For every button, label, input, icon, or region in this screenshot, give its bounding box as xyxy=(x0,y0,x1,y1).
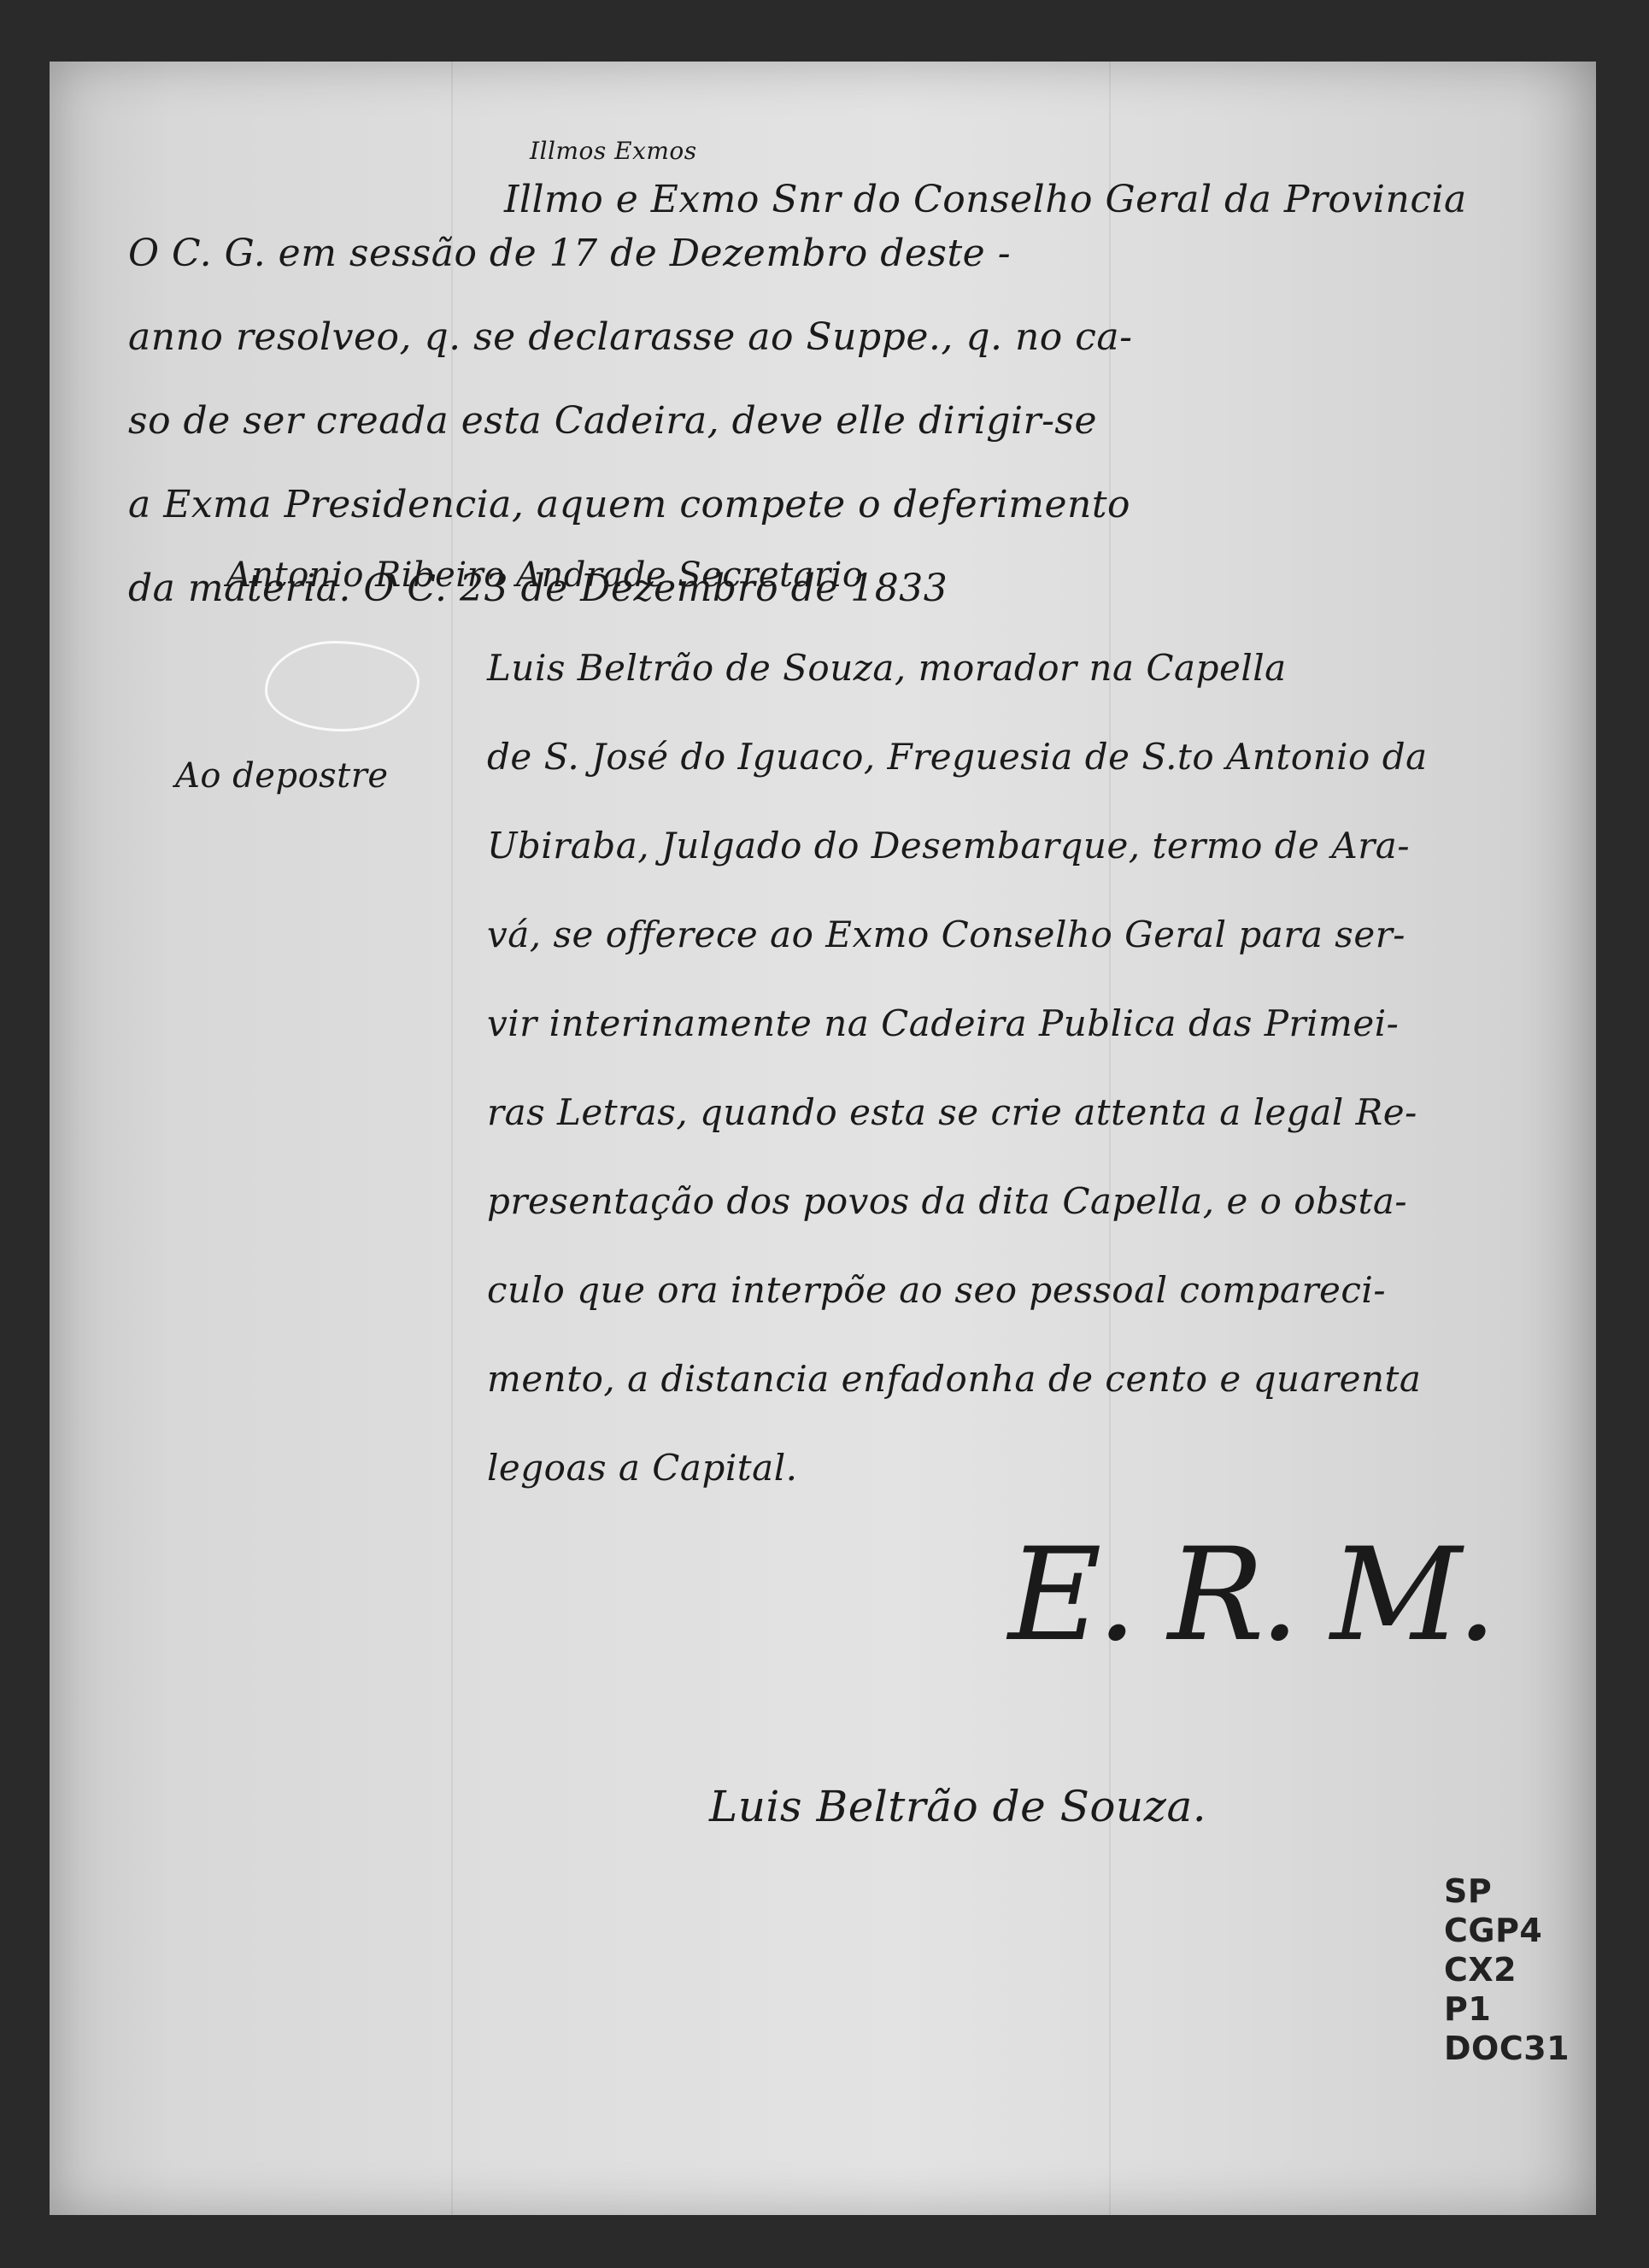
header-superscript: Illmos Exmos xyxy=(530,137,697,165)
archive-label-line: DOC31 xyxy=(1444,2029,1570,2068)
petition-line: vir interinamente na Cadeira Publica das… xyxy=(487,979,1428,1068)
petition-line: vá, se offerece ao Exmo Conselho Geral p… xyxy=(487,890,1428,979)
resolution-line: anno resolveo, q. se declarasse ao Suppe… xyxy=(128,296,1133,379)
archive-label-line: CX2 xyxy=(1444,1950,1570,1989)
petition-line: mento, a distancia enfadonha de cento e … xyxy=(487,1335,1428,1424)
petition-line: presentação dos povos da dita Capella, e… xyxy=(487,1157,1428,1246)
closing-monogram: E. R. M. xyxy=(1008,1521,1492,1670)
archive-label-line: CGP4 xyxy=(1444,1911,1570,1950)
secretary-signature: Antonio Ribeiro Andrade Secretario xyxy=(226,555,863,595)
archive-label-line: P1 xyxy=(1444,1989,1570,2029)
resolution-line: so de ser creada esta Cadeira, deve elle… xyxy=(128,379,1133,463)
petitioner-signature: Luis Beltrão de Souza. xyxy=(709,1782,1206,1831)
resolution-line: O C. G. em sessão de 17 de Dezembro dest… xyxy=(128,212,1133,296)
petition-line: ras Letras, quando esta se crie attenta … xyxy=(487,1068,1428,1157)
archive-label-line: SP xyxy=(1444,1871,1570,1911)
resolution-line: a Exma Presidencia, aquem compete o defe… xyxy=(128,463,1133,547)
margin-note: Ao depostre xyxy=(175,756,389,796)
petition-paragraph: Luis Beltrão de Souza, morador na Capell… xyxy=(487,624,1428,1513)
petition-line: de S. José do Iguaco, Freguesia de S.to … xyxy=(487,713,1428,802)
petition-line: Ubiraba, Julgado do Desembarque, termo d… xyxy=(487,802,1428,890)
petition-line: Luis Beltrão de Souza, morador na Capell… xyxy=(487,624,1428,713)
petition-line: legoas a Capital. xyxy=(487,1424,1428,1513)
archive-reference-label: SP CGP4 CX2 P1 DOC31 xyxy=(1444,1871,1570,2068)
petition-line: culo que ora interpõe ao seo pessoal com… xyxy=(487,1246,1428,1335)
